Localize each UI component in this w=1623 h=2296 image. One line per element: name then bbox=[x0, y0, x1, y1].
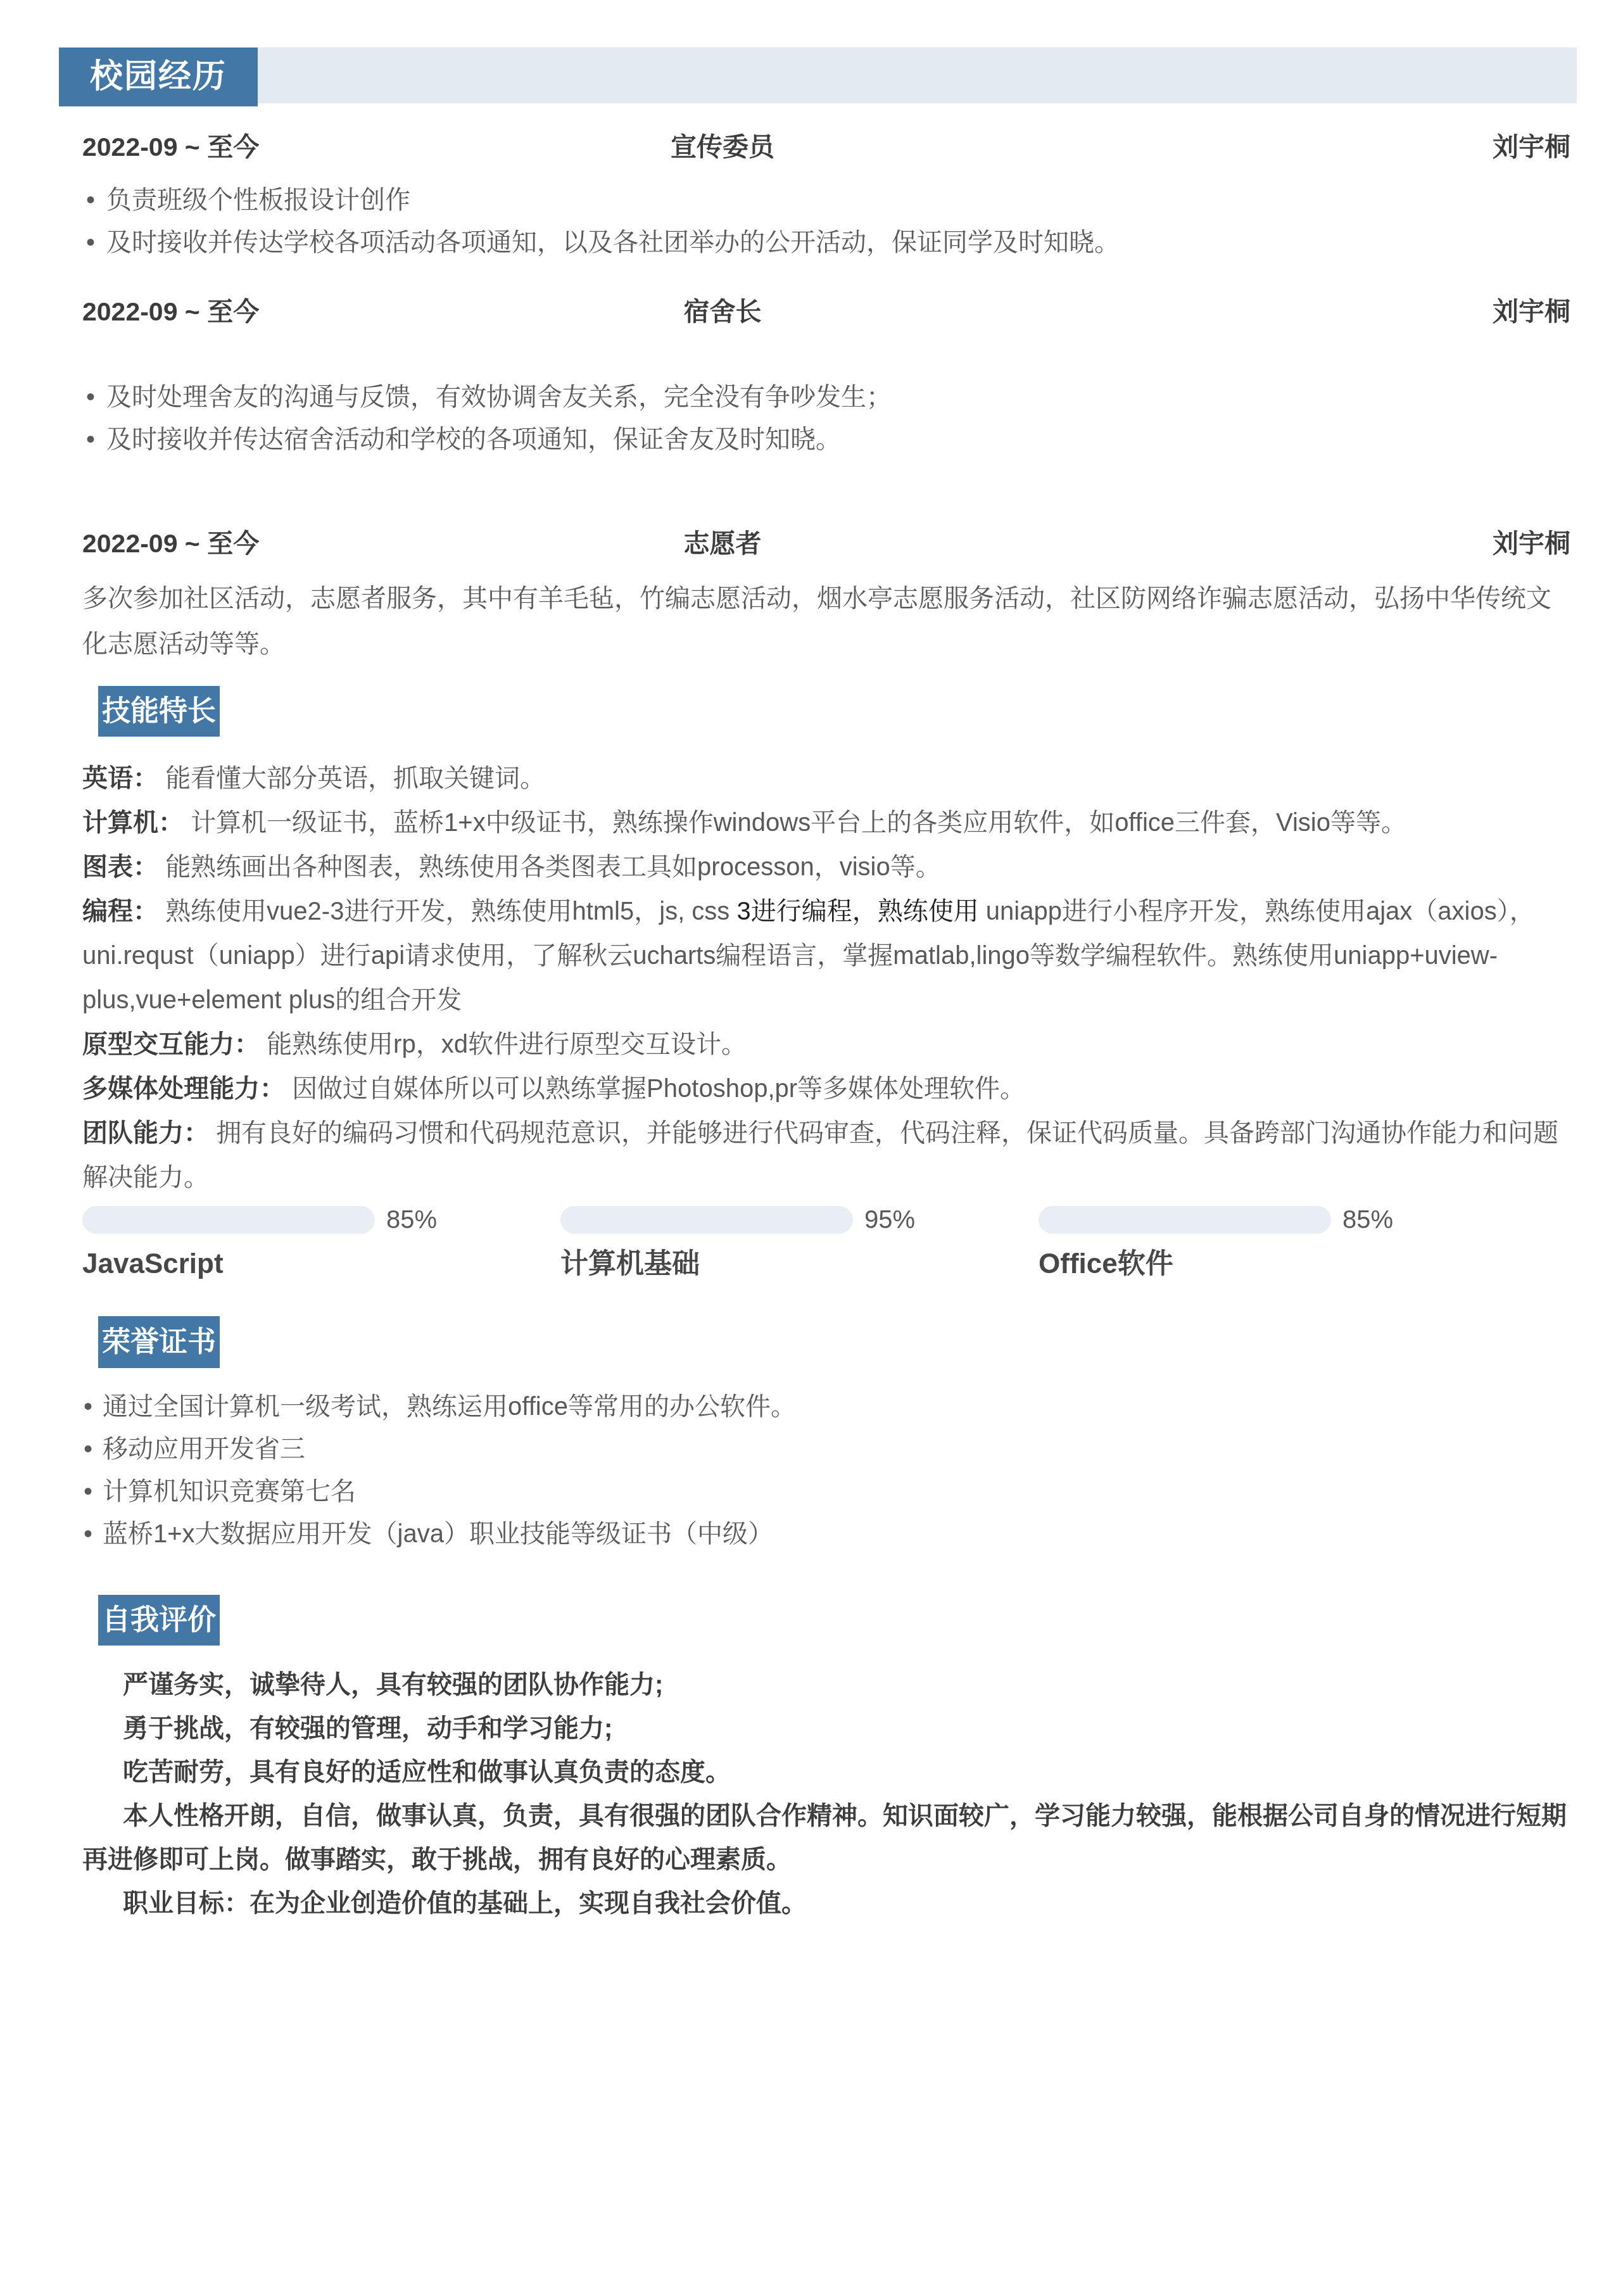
entry-role: 宿舍长 bbox=[501, 295, 944, 328]
skill-text-segment: 因做过自媒体所以可以熟练掌握Photoshop,pr等多媒体处理软件。 bbox=[292, 1075, 1025, 1103]
skill-bars: 85% 95% 85% bbox=[82, 1206, 1570, 1234]
skill-bar: 95% bbox=[560, 1206, 1039, 1234]
bullet-item: 及时接收并传达学校各项活动各项通知，以及各社团举办的公开活动，保证同学及时知晓。 bbox=[82, 222, 1570, 264]
entry-row: 2022-09 ~ 至今 志愿者 刘宇桐 bbox=[82, 527, 1570, 560]
skill-text-segment: 计算机一级证书，蓝桥1+x中级证书，熟练操作windows平台上的各类应用软件，… bbox=[191, 809, 1406, 837]
entry-name: 刘宇桐 bbox=[944, 295, 1570, 328]
progress-bar-track bbox=[1039, 1206, 1331, 1234]
campus-entry: 2022-09 ~ 至今 宣传委员 刘宇桐 负责班级个性板报设计创作 及时接收并… bbox=[82, 130, 1570, 271]
progress-percent: 85% bbox=[386, 1206, 437, 1234]
section-header-skills: 技能特长 bbox=[98, 686, 220, 737]
skill-text-segment: 熟练使用vue2-3进行开发，熟练使用html5，js, css bbox=[165, 897, 729, 925]
entry-paragraph: 多次参加社区活动，志愿者服务，其中有羊毛毡，竹编志愿活动，烟水亭志愿服务活动，社… bbox=[82, 576, 1570, 667]
bullet-item: 负责班级个性板报设计创作 bbox=[82, 179, 1570, 222]
entry-date: 2022-09 ~ 至今 bbox=[82, 130, 501, 163]
entry-date: 2022-09 ~ 至今 bbox=[82, 527, 501, 560]
skill-line: 多媒体处理能力： 因做过自媒体所以可以熟练掌握Photoshop,pr等多媒体处… bbox=[82, 1067, 1570, 1111]
skill-text-segment: 原型交互能力： bbox=[82, 1031, 260, 1058]
honor-bullet-item: 蓝桥1+x大数据应用开发（java）职业技能等级证书（中级） bbox=[82, 1513, 1570, 1556]
skill-line: 英语： 能看懂大部分英语，抓取关键词。 bbox=[82, 756, 1570, 801]
section-header-selfeval: 自我评价 bbox=[98, 1595, 220, 1646]
selfeval-paragraph: 严谨务实，诚挚待人，具有较强的团队协作能力; bbox=[82, 1663, 1570, 1707]
entry-role: 志愿者 bbox=[501, 527, 944, 560]
skill-text-segment: 计算机： bbox=[82, 809, 184, 837]
honor-bullet-item: 计算机知识竞赛第七名 bbox=[82, 1471, 1570, 1513]
skill-text-segment: 能看懂大部分英语，抓取关键词。 bbox=[165, 764, 545, 792]
entry-row: 2022-09 ~ 至今 宣传委员 刘宇桐 bbox=[82, 130, 1570, 163]
progress-bar-track bbox=[560, 1206, 853, 1234]
skill-line: 图表： 能熟练画出各种图表，熟练使用各类图表工具如processon，visio… bbox=[82, 845, 1570, 889]
entry-name: 刘宇桐 bbox=[944, 527, 1570, 560]
skill-text-segment: 编程： bbox=[82, 897, 158, 925]
skill-line: 计算机： 计算机一级证书，蓝桥1+x中级证书，熟练操作windows平台上的各类… bbox=[82, 801, 1570, 845]
section-header-honors: 荣誉证书 bbox=[98, 1316, 220, 1368]
resume-page: 校园经历 2022-09 ~ 至今 宣传委员 刘宇桐 负责班级个性板报设计创作 … bbox=[0, 0, 1623, 2296]
skill-text-segment: 3进行编程，熟练使用 bbox=[736, 897, 978, 925]
skill-line: 编程： 熟练使用vue2-3进行开发，熟练使用html5，js, css 3进行… bbox=[82, 889, 1570, 1022]
entry-role: 宣传委员 bbox=[501, 130, 944, 163]
skill-line: 团队能力： 拥有良好的编码习惯和代码规范意识，并能够进行代码审查，代码注释，保证… bbox=[82, 1111, 1570, 1200]
skill-bar-label: JavaScript bbox=[82, 1246, 560, 1282]
skill-text-segment: 图表： bbox=[82, 853, 158, 881]
section-header-campus: 校园经历 bbox=[59, 48, 258, 106]
progress-percent: 85% bbox=[1342, 1206, 1393, 1234]
bullet-item: 及时处理舍友的沟通与反馈，有效协调舍友关系，完全没有争吵发生； bbox=[82, 376, 1570, 419]
skill-text-segment: 能熟练画出各种图表，熟练使用各类图表工具如processon，visio等。 bbox=[165, 853, 941, 881]
honors-list: 通过全国计算机一级考试，熟练运用office等常用的办公软件。 移动应用开发省三… bbox=[82, 1386, 1570, 1556]
skill-text-segment: 能熟练使用rp，xd软件进行原型交互设计。 bbox=[267, 1031, 747, 1058]
progress-percent: 95% bbox=[864, 1206, 915, 1234]
entry-name: 刘宇桐 bbox=[944, 130, 1570, 163]
skill-lines: 英语： 能看懂大部分英语，抓取关键词。 计算机： 计算机一级证书，蓝桥1+x中级… bbox=[82, 756, 1570, 1200]
honor-bullet-item: 移动应用开发省三 bbox=[82, 1428, 1570, 1471]
selfeval-paragraph: 本人性格开朗，自信，做事认真，负责，具有很强的团队合作精神。知识面较广，学习能力… bbox=[82, 1794, 1570, 1882]
skill-line: 原型交互能力： 能熟练使用rp，xd软件进行原型交互设计。 bbox=[82, 1022, 1570, 1067]
skill-bar: 85% bbox=[82, 1206, 560, 1234]
entry-row: 2022-09 ~ 至今 宿舍长 刘宇桐 bbox=[82, 295, 1570, 328]
progress-bar-track bbox=[82, 1206, 375, 1234]
skill-bar-label: 计算机基础 bbox=[560, 1246, 1039, 1282]
entry-bullet-list: 及时处理舍友的沟通与反馈，有效协调舍友关系，完全没有争吵发生； 及时接收并传达宿… bbox=[82, 376, 1570, 461]
selfeval-paragraph: 职业目标：在为企业创造价值的基础上，实现自我社会价值。 bbox=[82, 1882, 1570, 1925]
campus-entry: 2022-09 ~ 至今 宿舍长 刘宇桐 及时处理舍友的沟通与反馈，有效协调舍友… bbox=[82, 295, 1570, 468]
skill-bar-labels: JavaScript 计算机基础 Office软件 bbox=[82, 1246, 1570, 1282]
skill-text-segment: 拥有良好的编码习惯和代码规范意识，并能够进行代码审查，代码注释，保证代码质量。具… bbox=[82, 1119, 1558, 1191]
bullet-item: 及时接收并传达宿舍活动和学校的各项通知，保证舍友及时知晓。 bbox=[82, 419, 1570, 461]
selfeval-paragraph: 勇于挑战，有较强的管理，动手和学习能力; bbox=[82, 1707, 1570, 1751]
selfeval-paragraphs: 严谨务实，诚挚待人，具有较强的团队协作能力; 勇于挑战，有较强的管理，动手和学习… bbox=[82, 1663, 1570, 1925]
selfeval-paragraph: 吃苦耐劳，具有良好的适应性和做事认真负责的态度。 bbox=[82, 1751, 1570, 1794]
campus-entry: 2022-09 ~ 至今 志愿者 刘宇桐 多次参加社区活动，志愿者服务，其中有羊… bbox=[82, 527, 1570, 667]
skill-text-segment: 英语： bbox=[82, 764, 158, 792]
honor-bullet-item: 通过全国计算机一级考试，熟练运用office等常用的办公软件。 bbox=[82, 1386, 1570, 1428]
campus-header-strip bbox=[59, 48, 1577, 103]
entry-date: 2022-09 ~ 至今 bbox=[82, 295, 501, 328]
entry-bullet-list: 负责班级个性板报设计创作 及时接收并传达学校各项活动各项通知，以及各社团举办的公… bbox=[82, 179, 1570, 264]
skill-bar: 85% bbox=[1039, 1206, 1570, 1234]
skill-bar-label: Office软件 bbox=[1039, 1246, 1570, 1282]
skill-text-segment: 团队能力： bbox=[82, 1119, 209, 1147]
skill-text-segment: 多媒体处理能力： bbox=[82, 1075, 285, 1103]
